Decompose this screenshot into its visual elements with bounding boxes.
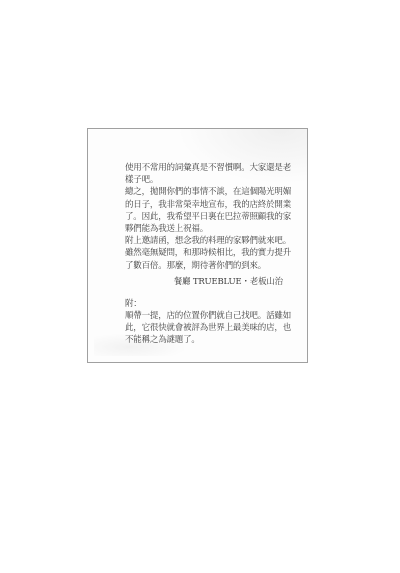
letter-body-line: 總之，拋開你們的事情不談，在這個陽光明媚	[125, 186, 285, 198]
letter-body-line: 夥們能為我送上祝福。	[125, 223, 285, 235]
letter-body-line: 了。因此，我希望平日裏在巴拉蒂照顧我的家	[125, 211, 285, 223]
signature-line: 餐廳 TRUEBLUE・老板山治	[125, 276, 285, 288]
letter-body-line: 樣子吧。	[125, 174, 285, 186]
letter-body-line: 雖然毫無疑問，和那時候相比，我的實力提升	[125, 247, 285, 259]
postscript-label: 附：	[125, 298, 285, 310]
letter-body-line: 了數百倍。那麼，期待著你們的到來。	[125, 260, 285, 272]
postscript-line: 不能稱之為謎題了。	[125, 334, 285, 346]
letter-body: 使用不常用的詞彙真是不習慣啊。大家還是老樣子吧。總之，拋開你們的事情不談，在這個…	[125, 162, 285, 272]
postscript-body: 順帶一提，店的位置你們就自己找吧。話雖如此，它很快就會被評為世界上最美味的店，也…	[125, 310, 285, 347]
letter-paper: 使用不常用的詞彙真是不習慣啊。大家還是老樣子吧。總之，拋開你們的事情不談，在這個…	[87, 128, 308, 363]
postscript-line: 此，它很快就會被評為世界上最美味的店，也	[125, 322, 285, 334]
postscript-line: 順帶一提，店的位置你們就自己找吧。話雖如	[125, 310, 285, 322]
letter-body-line: 附上邀請函，想念我的料理的家夥們就來吧。	[125, 235, 285, 247]
page-background: 使用不常用的詞彙真是不習慣啊。大家還是老樣子吧。總之，拋開你們的事情不談，在這個…	[0, 0, 400, 573]
letter-text: 使用不常用的詞彙真是不習慣啊。大家還是老樣子吧。總之，拋開你們的事情不談，在這個…	[125, 162, 285, 347]
letter-body-line: 的日子，我非常榮幸地宣布，我的店終於開業	[125, 199, 285, 211]
letter-body-line: 使用不常用的詞彙真是不習慣啊。大家還是老	[125, 162, 285, 174]
